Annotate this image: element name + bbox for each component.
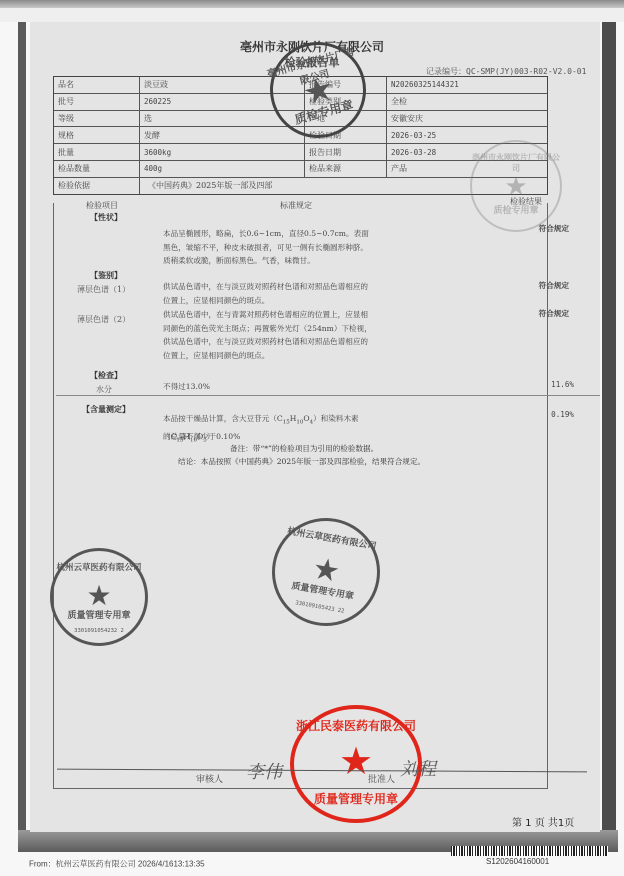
paper-shadow-left [18, 22, 26, 842]
stamp-text: 亳州市永刚饮片厂有限公司 [472, 152, 560, 174]
item-tlc-1: 薄层色谱（1） [77, 284, 130, 295]
divider [56, 395, 600, 396]
spec-tlc-2: 供试品色谱中，在与青蒿对照药材色谱相应的位置上，应显相同颜色的蓝色荧光主斑点；再… [163, 308, 375, 362]
spec-appearance: 本品呈椭圆形，略扁，长0.6~1cm，直径0.5~0.7cm。表面黑色，皱缩不平… [163, 227, 375, 268]
item-moisture: 水分 [96, 384, 112, 395]
spec-tlc-1: 供试品色谱中，在与淡豆豉对照药材色谱和对照品色谱相应的位置上，应显相同颜色的斑点… [163, 280, 375, 307]
info-label: 批量 [54, 144, 140, 160]
stamp-text: 质检专用章 [472, 203, 560, 216]
spec-assay-line2: 的总量不得少于0.10% [163, 430, 375, 444]
section-inspection: 【检查】 [90, 370, 122, 381]
conclusion-note: 结论：本品按照《中国药典》2025年版一部及四部检验，结果符合规定。 [178, 456, 425, 467]
section-assay: 【含量测定】 [82, 404, 130, 415]
info-label: 批号 [54, 94, 140, 110]
stamp-red: 浙江民泰医药有限公司 ★ 质量管理专用章 [290, 705, 422, 823]
stamp-code: 3301091054232 2 [53, 628, 145, 634]
info-value: 安徽安庆 [387, 111, 547, 127]
info-label: 品名 [54, 77, 140, 93]
fax-from-line: From：杭州云草医药有限公司 2026/4/1613:13:35 [29, 859, 205, 870]
star-icon: ★ [504, 172, 527, 202]
result-assay: 0.19% [551, 410, 574, 419]
info-label: 检验依据 [54, 178, 140, 194]
reviewer-label: 审核人 [196, 772, 223, 785]
scan-edge-top [0, 0, 624, 8]
stamp-left-gray: 杭州云草医药有限公司 ★ 质量管理专用章 3301091054232 2 [50, 548, 148, 646]
info-label: 等级 [54, 111, 140, 127]
stamp-text: 浙江民泰医药有限公司 [294, 717, 418, 734]
spec-assay-text: 本品按干燥品计算，含大豆苷元（C [163, 414, 283, 423]
barcode-number: S1202604160001 [486, 857, 549, 866]
info-label: 规格 [54, 127, 140, 143]
section-identification: 【鉴别】 [90, 270, 122, 281]
scan-margin [0, 8, 624, 22]
info-label: 报告日期 [305, 144, 387, 160]
info-value: N20260325144321 [387, 77, 547, 93]
column-header-item: 检验项目 [86, 200, 118, 211]
stamp-text: 质量管理专用章 [294, 790, 418, 807]
info-value: 发酵 [140, 127, 305, 143]
section-appearance: 【性状】 [90, 212, 122, 223]
info-value: 400g [140, 161, 305, 177]
stamp-text: 杭州云草医药有限公司 [53, 561, 145, 573]
subscript: 15 [283, 420, 290, 426]
remark-note: 备注：带“*”的检验项目为引用的检验数据。 [230, 443, 378, 454]
column-header-standard: 标准规定 [280, 200, 312, 211]
info-value: 全检 [387, 94, 547, 110]
info-label: 检品数量 [54, 161, 140, 177]
star-icon: ★ [339, 739, 373, 783]
result-tlc-2: 符合规定 [539, 308, 569, 319]
item-tlc-2: 薄层色谱（2） [77, 314, 130, 325]
spec-moisture: 不得过13.0% [163, 380, 375, 394]
page-number: 第 1 页 共1页 [512, 814, 574, 829]
reviewer-signature: 李伟 [246, 758, 282, 784]
result-appearance: 符合规定 [539, 223, 569, 234]
barcode [451, 846, 608, 856]
result-tlc-1: 符合规定 [539, 280, 569, 291]
info-label: 检品来源 [305, 161, 387, 177]
result-moisture: 11.6% [551, 380, 574, 389]
stamp-text: 质量管理专用章 [53, 608, 145, 621]
paper-shadow-right [602, 22, 616, 832]
stamp-faint-right: 亳州市永刚饮片厂有限公司 ★ 质检专用章 [470, 140, 562, 232]
info-value: 3600kg [140, 144, 305, 160]
